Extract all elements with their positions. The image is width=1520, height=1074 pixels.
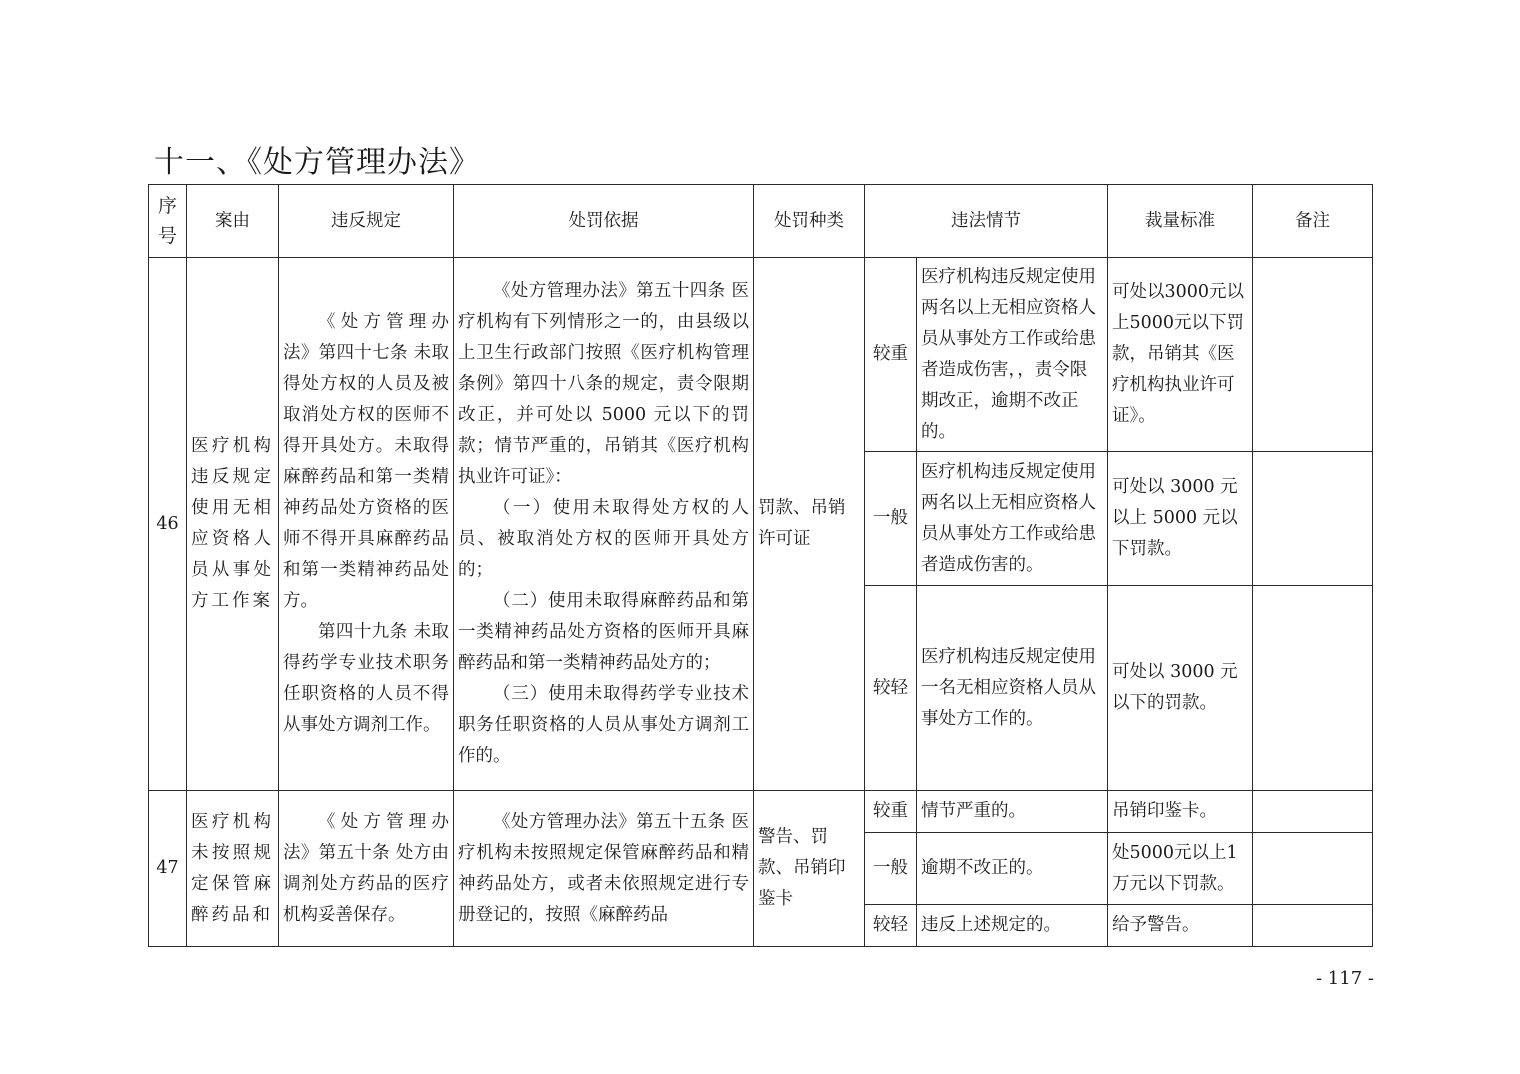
header-seq: 序号 xyxy=(149,185,187,258)
row-basis: 《处方管理办法》第五十四条 医疗机构有下列情形之一的，由县级以上卫生行政部门按照… xyxy=(454,258,754,791)
row-case: 医疗机构未按照规定保管麻醉药品和 xyxy=(187,791,279,947)
level-label: 较重 xyxy=(865,791,917,833)
header-case: 案由 xyxy=(187,185,279,258)
header-type: 处罚种类 xyxy=(754,185,865,258)
level-remark xyxy=(1253,452,1373,586)
row-seq: 46 xyxy=(149,258,187,791)
level-circumstance: 医疗机构违反规定使用两名以上无相应资格人员从事处方工作或给患者造成伤害的。 xyxy=(917,452,1108,586)
level-label: 较轻 xyxy=(865,586,917,791)
header-basis: 处罚依据 xyxy=(454,185,754,258)
level-remark xyxy=(1253,586,1373,791)
table-row: 46 医疗机构违反规定使用无相应资格人员从事处方工作案 《处方管理办法》第四十七… xyxy=(149,258,1373,452)
basis-paragraph: （一）使用未取得处方权的人员、被取消处方权的医师开具处方的； xyxy=(458,493,749,586)
basis-paragraph: 《处方管理办法》第五十四条 医疗机构有下列情形之一的，由县级以上卫生行政部门按照… xyxy=(458,276,749,493)
level-circumstance: 逾期不改正的。 xyxy=(917,833,1108,905)
level-standard: 吊销印鉴卡。 xyxy=(1108,791,1253,833)
level-standard: 给予警告。 xyxy=(1108,905,1253,947)
level-standard: 可处以 3000 元以上 5000 元以下罚款。 xyxy=(1108,452,1253,586)
rule-paragraph: 《处方管理办法》第四十七条 未取得处方权的人员及被取消处方权的医师不得开具处方。… xyxy=(283,307,449,617)
page-number: - 117 - xyxy=(1316,968,1374,989)
level-label: 一般 xyxy=(865,833,917,905)
row-case: 医疗机构违反规定使用无相应资格人员从事处方工作案 xyxy=(187,258,279,791)
basis-paragraph: 《处方管理办法》第五十五条 医疗机构未按照规定保管麻醉药品和精神药品处方，或者未… xyxy=(458,807,749,931)
section-title: 十一、《处方管理办法》 xyxy=(154,137,480,181)
header-row: 序号 案由 违反规定 处罚依据 处罚种类 违法情节 裁量标准 备注 xyxy=(149,185,1373,258)
penalty-table: 序号 案由 违反规定 处罚依据 处罚种类 违法情节 裁量标准 备注 46 医疗机… xyxy=(148,184,1373,947)
table-row: 47 医疗机构未按照规定保管麻醉药品和 《处方管理办法》第五十条 处方由调剂处方… xyxy=(149,791,1373,833)
level-standard: 可处以3000元以上5000元以下罚款，吊销其《医疗机构执业许可证》。 xyxy=(1108,258,1253,452)
level-circumstance: 医疗机构违反规定使用两名以上无相应资格人员从事处方工作或给患者造成伤害，，责令限… xyxy=(917,258,1108,452)
level-label: 一般 xyxy=(865,452,917,586)
basis-paragraph: （二）使用未取得麻醉药品和第一类精神药品处方资格的医师开具麻醉药品和第一类精神药… xyxy=(458,586,749,679)
level-circumstance: 情节严重的。 xyxy=(917,791,1108,833)
row-type: 警告、罚款、吊销印鉴卡 xyxy=(754,791,865,947)
rule-paragraph: 第四十九条 未取得药学专业技术职务任职资格的人员不得从事处方调剂工作。 xyxy=(283,617,449,741)
row-seq: 47 xyxy=(149,791,187,947)
row-type: 罚款、吊销许可证 xyxy=(754,258,865,791)
level-label: 较轻 xyxy=(865,905,917,947)
row-rule: 《处方管理办法》第五十条 处方由调剂处方药品的医疗机构妥善保存。 xyxy=(279,791,454,947)
level-label: 较重 xyxy=(865,258,917,452)
rule-paragraph: 《处方管理办法》第五十条 处方由调剂处方药品的医疗机构妥善保存。 xyxy=(283,807,449,931)
header-remark: 备注 xyxy=(1253,185,1373,258)
level-standard: 处5000元以上1万元以下罚款。 xyxy=(1108,833,1253,905)
row-basis: 《处方管理办法》第五十五条 医疗机构未按照规定保管麻醉药品和精神药品处方，或者未… xyxy=(454,791,754,947)
level-standard: 可处以 3000 元以下的罚款。 xyxy=(1108,586,1253,791)
level-remark xyxy=(1253,791,1373,833)
level-circumstance: 违反上述规定的。 xyxy=(917,905,1108,947)
level-remark xyxy=(1253,905,1373,947)
level-remark xyxy=(1253,833,1373,905)
header-rule: 违反规定 xyxy=(279,185,454,258)
header-standard: 裁量标准 xyxy=(1108,185,1253,258)
level-circumstance: 医疗机构违反规定使用一名无相应资格人员从事处方工作的。 xyxy=(917,586,1108,791)
level-remark xyxy=(1253,258,1373,452)
basis-paragraph: （三）使用未取得药学专业技术职务任职资格的人员从事处方调剂工作的。 xyxy=(458,679,749,772)
row-rule: 《处方管理办法》第四十七条 未取得处方权的人员及被取消处方权的医师不得开具处方。… xyxy=(279,258,454,791)
header-circumstance: 违法情节 xyxy=(865,185,1108,258)
